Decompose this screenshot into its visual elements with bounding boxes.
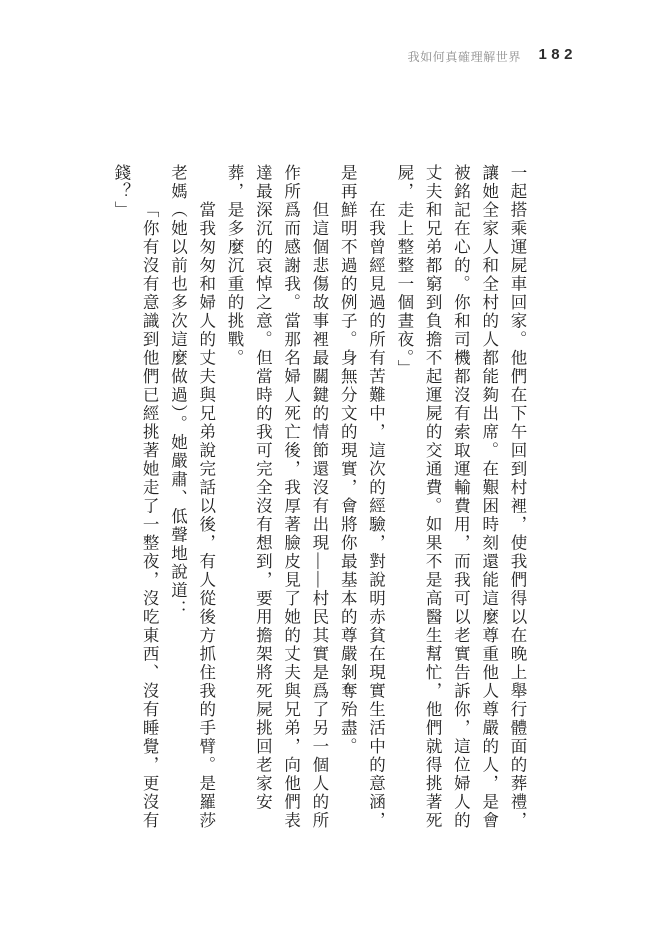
paragraph-continuation: 一起搭乘運屍車回家。他們在下午回到村裡，使我們得以在晚上舉行體面的葬禮，讓她全家… (390, 164, 531, 834)
paragraph: 但這個悲傷故事裡最關鍵的情節還沒有出現——村民其實是爲了另一個人的所作所爲而感謝… (220, 164, 333, 834)
book-page: 我如何真確理解世界 182 一起搭乘運屍車回家。他們在下午回到村裡，使我們得以在… (0, 0, 663, 932)
running-header: 我如何真確理解世界 182 (0, 46, 663, 66)
paragraph: 當我匆匆和婦人的丈夫與兄弟說完話以後，有人從後方抓住我的手臂。是羅莎老媽（她以前… (163, 164, 220, 834)
paragraph: 在我曾經見過的所有苦難中，這次的經驗，對說明赤貧在現實生活中的意涵，是再鮮明不過… (333, 164, 390, 834)
paragraph-quote: 「你有沒有意識到他們已經挑著她走了一整夜，沒吃東西、沒有睡覺，更沒有錢？」 (107, 164, 164, 834)
page-number: 182 (538, 46, 577, 63)
page-text: 一起搭乘運屍車回家。他們在下午回到村裡，使我們得以在晚上舉行體面的葬禮，讓她全家… (107, 164, 531, 834)
book-title: 我如何真確理解世界 (408, 48, 521, 65)
